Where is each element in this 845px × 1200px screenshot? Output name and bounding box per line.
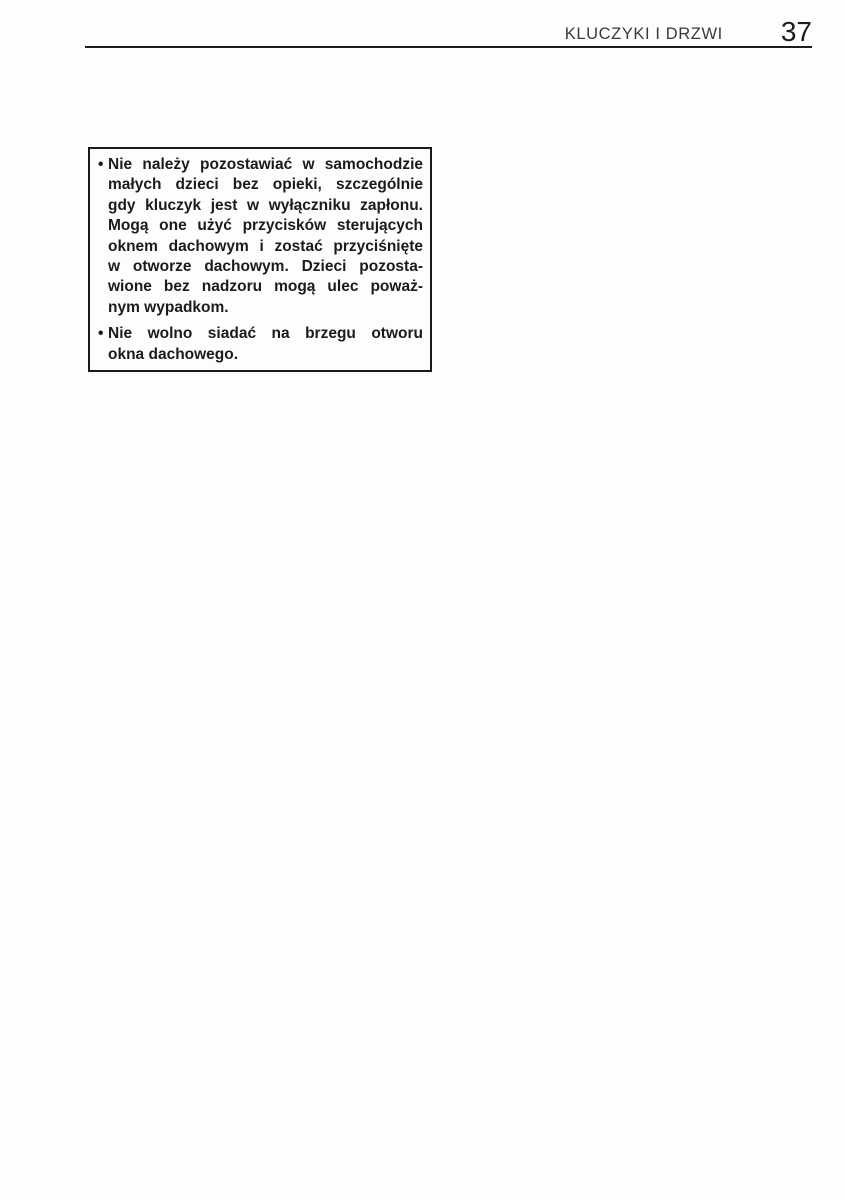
warning-line: małych dzieci bez opieki, szczególnie <box>108 175 423 195</box>
section-title: KLUCZYKI I DRZWI <box>565 26 723 43</box>
warning-item-children: • Nie należy pozostawiać w samochodzie m… <box>90 155 423 318</box>
warning-line: wione bez nadzoru mogą ulec poważ- <box>108 277 423 297</box>
page-header: KLUCZYKI I DRZWI 37 <box>85 0 812 48</box>
warning-item-sunroof-edge: • Nie wolno siadać na brzegu otworu okna… <box>90 324 423 365</box>
page-number: 37 <box>781 18 812 46</box>
manual-page: KLUCZYKI I DRZWI 37 • Nie należy pozosta… <box>0 0 845 1200</box>
warning-line: Mogą one użyć przycisków sterujących <box>108 216 423 236</box>
warning-line: nym wypadkom. <box>108 298 423 318</box>
warning-line: oknem dachowym i zostać przyciśnięte <box>108 237 423 257</box>
warning-line: Nie należy pozostawiać w samochodzie <box>108 155 423 175</box>
warning-line: Nie wolno siadać na brzegu otworu <box>108 324 423 344</box>
warning-line: okna dachowego. <box>108 345 423 365</box>
bullet-icon: • <box>98 155 108 175</box>
warning-line: w otworze dachowym. Dzieci pozosta- <box>108 257 423 277</box>
bullet-icon: • <box>98 324 108 344</box>
warning-line: gdy kluczyk jest w wyłączniku zapłonu. <box>108 196 423 216</box>
warning-box: • Nie należy pozostawiać w samochodzie m… <box>88 147 432 372</box>
